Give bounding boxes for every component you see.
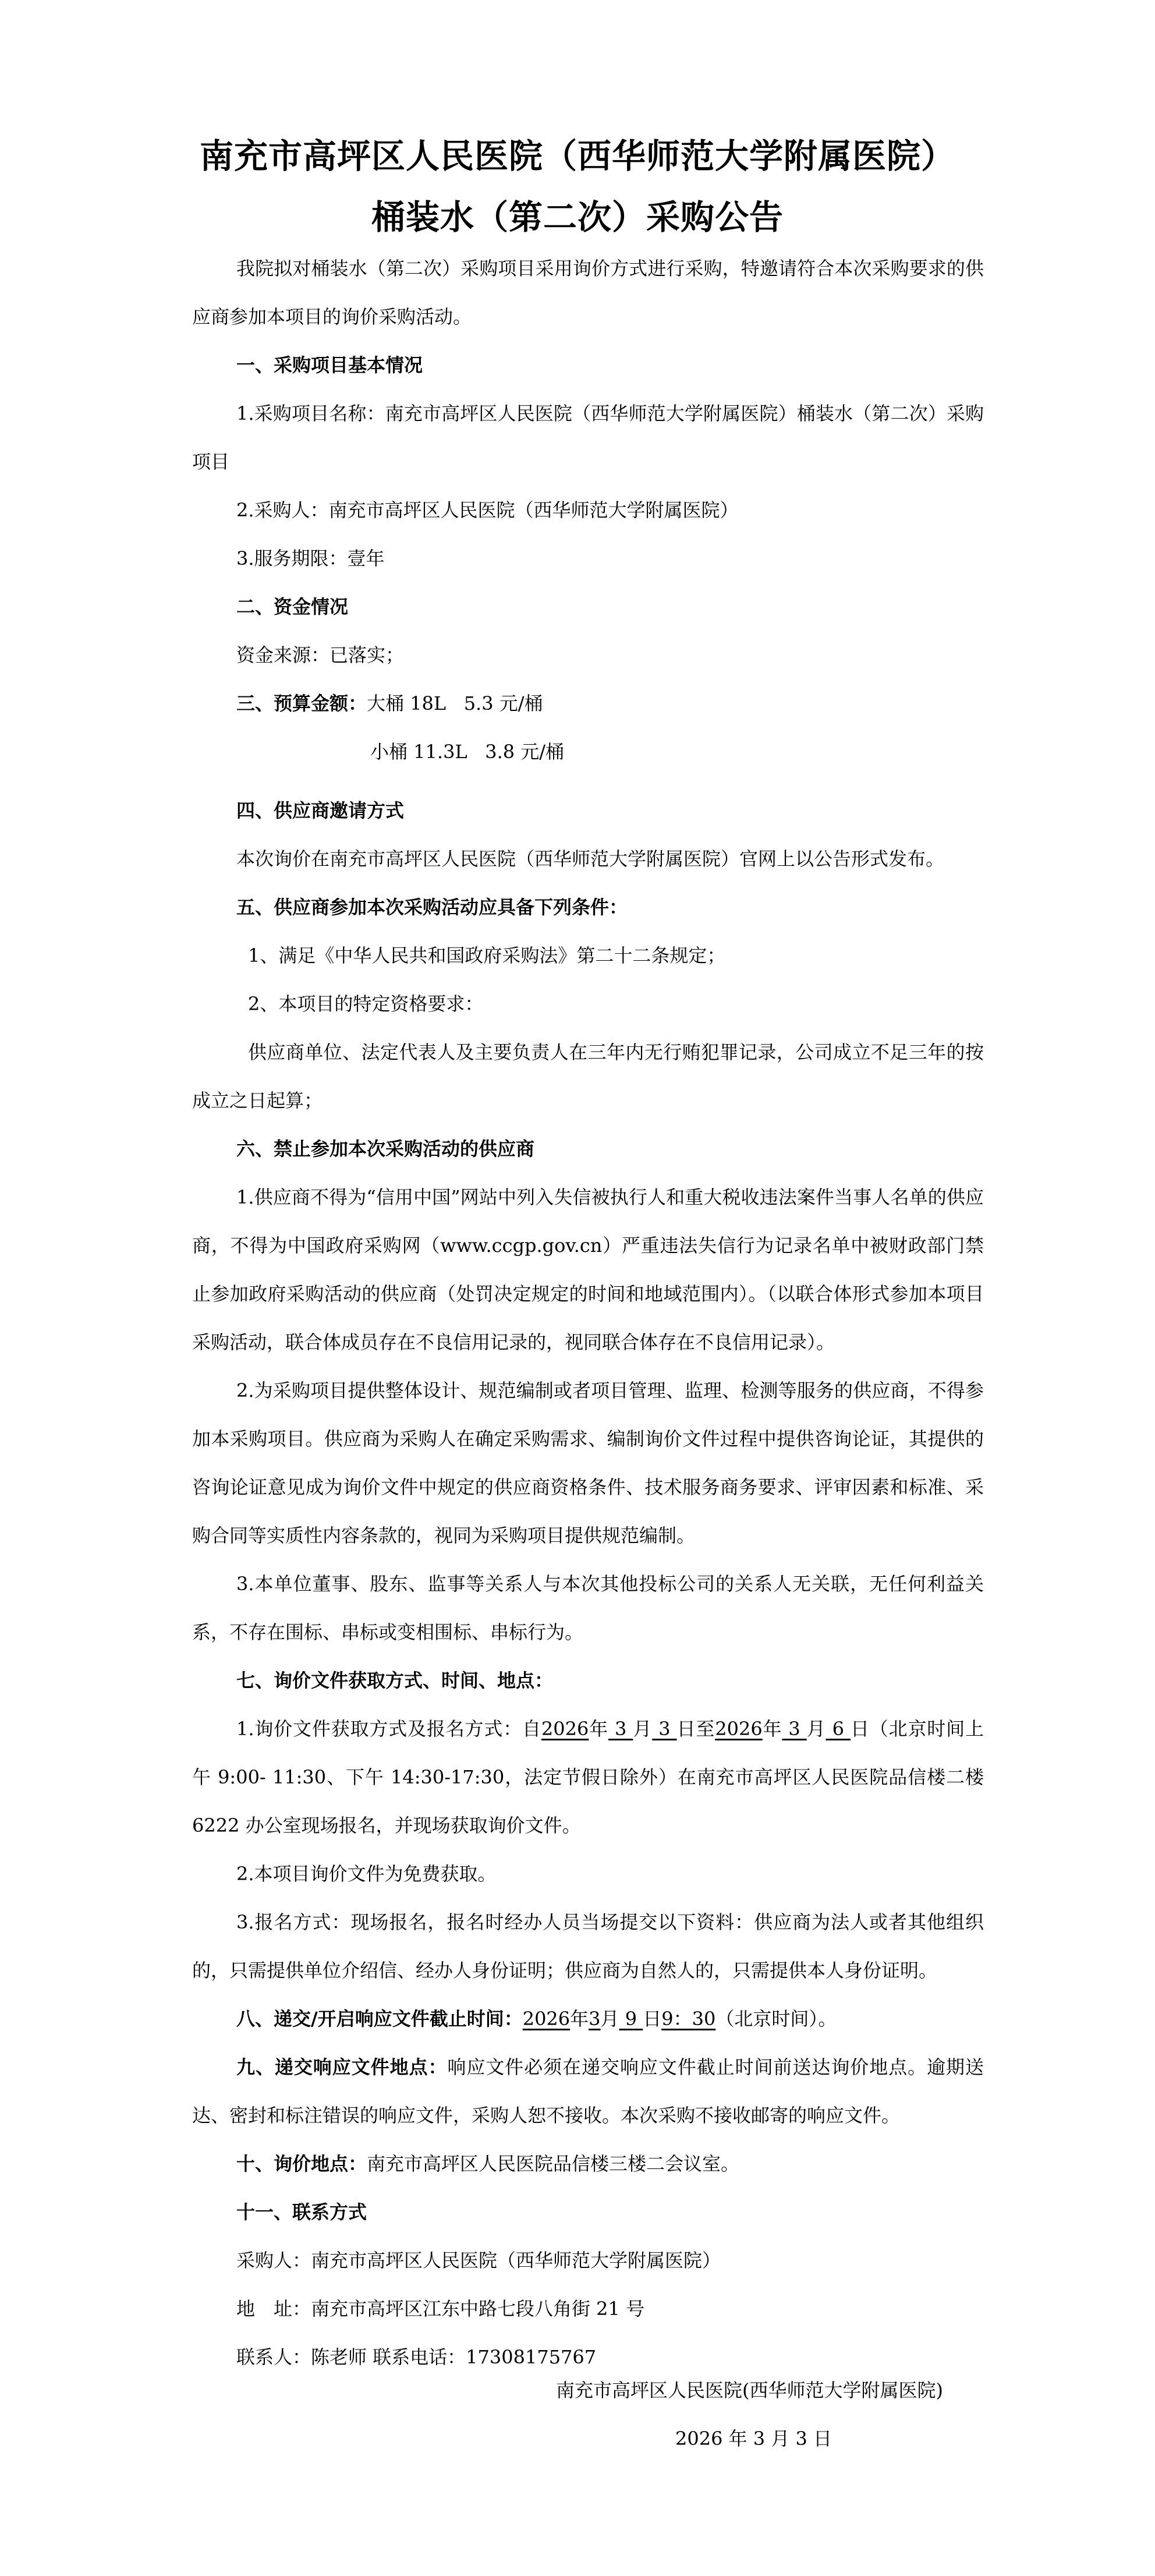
budget-row-2-item: 小桶 11.3L: [370, 741, 467, 763]
acquisition-prefix: 1.询价文件获取方式及报名方式：自: [236, 1718, 541, 1740]
budget-row-2: 小桶 11.3L 3.8 元/桶: [192, 728, 984, 776]
section-5-heading: 五、供应商参加本次采购活动应具备下列条件：: [192, 883, 984, 932]
month-unit: 月: [807, 1718, 826, 1740]
announcement-page: 南充市高坪区人民医院（西华师范大学附属医院） 桶装水（第二次）采购公告 我院拟对…: [0, 0, 1155, 2576]
submission-location: 九、递交响应文件地点：响应文件必须在递交响应文件截止时间前送达询价地点。逾期送达…: [192, 2043, 984, 2140]
signature-org: 南充市高坪区人民医院(西华师范大学附属医院): [556, 2376, 943, 2402]
start-month: 3: [608, 1718, 633, 1740]
range-separator: 日至: [677, 1718, 715, 1740]
signature-date: 2026 年 3 月 3 日: [675, 2424, 832, 2451]
section-1-item-2: 2.采购人：南充市高坪区人民医院（西华师范大学附属医院）: [192, 486, 984, 535]
deadline-day: 9: [619, 2008, 643, 2030]
page-title-line1: 南充市高坪区人民医院（西华师范大学附属医院）: [0, 139, 1155, 173]
condition-2: 2、本项目的特定资格要求：: [192, 980, 984, 1028]
document-acquisition: 1.询价文件获取方式及报名方式：自2026年 3 月 3 日至2026年 3 月…: [192, 1705, 984, 1850]
page-title-line2: 桶装水（第二次）采购公告: [0, 200, 1155, 234]
inquiry-location-text: 南充市高坪区人民医院品信楼三楼二会议室。: [367, 2153, 739, 2175]
invitation-method: 本次询价在南充市高坪区人民医院（西华师范大学附属医院）官网上以公告形式发布。: [192, 835, 984, 883]
budget-block: 三、预算金额：大桶 18L 5.3 元/桶: [192, 680, 984, 728]
contact-address: 地 址：南充市高坪区江东中路七段八角街 21 号: [192, 2285, 984, 2333]
announcement-body: 我院拟对桶装水（第二次）采购项目采用询价方式进行采购，特邀请符合本次采购要求的供…: [192, 245, 984, 2382]
year-unit: 年: [570, 2008, 589, 2030]
funding-source: 资金来源：已落实；: [192, 631, 984, 680]
section-6-heading: 六、禁止参加本次采购活动的供应商: [192, 1125, 984, 1173]
deadline-line: 八、递交/开启响应文件截止时间：2026年3月 9 日9：30（北京时间）。: [192, 1995, 984, 2043]
day-unit: 日: [643, 2008, 661, 2030]
contact-person-phone: 联系人：陈老师 联系电话：17308175767: [192, 2333, 984, 2382]
prohibited-item-2: 2.为采购项目提供整体设计、规范编制或者项目管理、监理、检测等服务的供应商，不得…: [192, 1367, 984, 1560]
section-9-heading: 九、递交响应文件地点：: [236, 2056, 447, 2078]
contact-purchaser: 采购人：南充市高坪区人民医院（西华师范大学附属医院）: [192, 2237, 984, 2285]
end-month: 3: [782, 1718, 806, 1740]
inquiry-location: 十、询价地点：南充市高坪区人民医院品信楼三楼二会议室。: [192, 2140, 984, 2188]
section-4-heading: 四、供应商邀请方式: [192, 787, 984, 835]
condition-1: 1、满足《中华人民共和国政府采购法》第二十二条规定；: [192, 932, 984, 980]
month-unit: 月: [601, 2008, 619, 2030]
section-11-heading: 十一、联系方式: [192, 2188, 984, 2237]
section-1-item-3: 3.服务期限：壹年: [192, 535, 984, 583]
registration-method: 3.报名方式：现场报名，报名时经办人员当场提交以下资料：供应商为法人或者其他组织…: [192, 1898, 984, 1995]
intro-paragraph: 我院拟对桶装水（第二次）采购项目采用询价方式进行采购，特邀请符合本次采购要求的供…: [192, 245, 984, 341]
prohibited-item-1: 1.供应商不得为“信用中国”网站中列入失信被执行人和重大税收违法案件当事人名单的…: [192, 1173, 984, 1367]
start-day: 3: [652, 1718, 676, 1740]
day-unit: 日: [851, 1718, 870, 1740]
deadline-year: 2026: [523, 2008, 570, 2030]
start-year: 2026: [541, 1718, 589, 1740]
budget-row-1-item: 大桶 18L: [367, 692, 446, 714]
month-unit: 月: [633, 1718, 652, 1740]
section-3-heading: 三、预算金额：: [236, 692, 367, 714]
section-2-heading: 二、资金情况: [192, 583, 984, 631]
budget-row-1-price: 5.3 元/桶: [464, 692, 543, 714]
section-7-heading: 七、询价文件获取方式、时间、地点：: [192, 1657, 984, 1705]
end-year: 2026: [715, 1718, 762, 1740]
prohibited-item-3: 3.本单位董事、股东、监事等关系人与本次其他投标公司的关系人无关联，无任何利益关…: [192, 1560, 984, 1657]
section-1-heading: 一、采购项目基本情况: [192, 341, 984, 390]
deadline-suffix: （北京时间）。: [715, 2008, 837, 2030]
section-1-item-1: 1.采购项目名称：南充市高坪区人民医院（西华师范大学附属医院）桶装水（第二次）采…: [192, 390, 984, 486]
year-unit: 年: [763, 1718, 782, 1740]
section-10-heading: 十、询价地点：: [236, 2153, 367, 2175]
free-acquisition: 2.本项目询价文件为免费获取。: [192, 1850, 984, 1898]
budget-row-2-price: 3.8 元/桶: [485, 741, 564, 763]
specific-requirement: 供应商单位、法定代表人及主要负责人在三年内无行贿犯罪记录，公司成立不足三年的按成…: [192, 1028, 984, 1125]
deadline-time: 9：30: [661, 2008, 715, 2030]
deadline-month: 3: [589, 2008, 600, 2030]
end-day: 6: [826, 1718, 851, 1740]
section-8-heading: 八、递交/开启响应文件截止时间：: [236, 2008, 523, 2030]
year-unit: 年: [589, 1718, 608, 1740]
